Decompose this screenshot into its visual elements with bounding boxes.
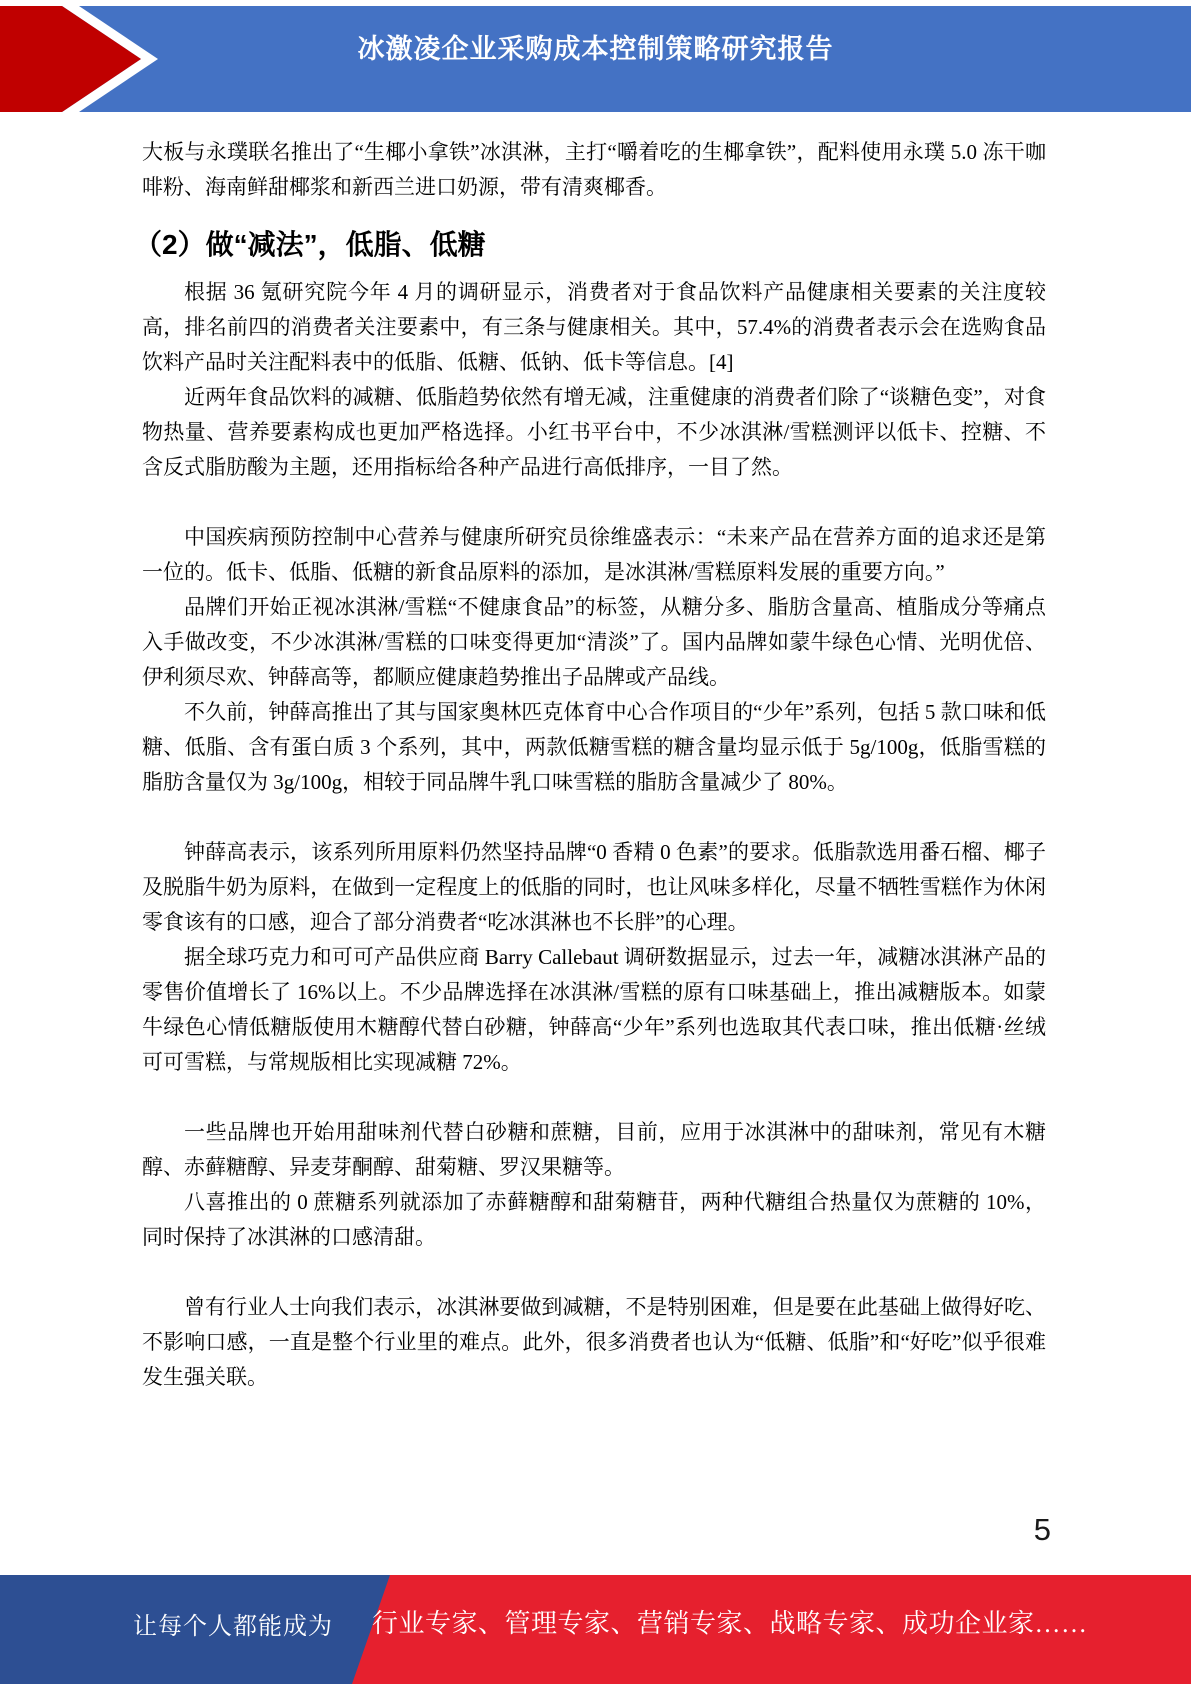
section-heading: （2）做“减法”，低脂、低糖 [134,225,1046,265]
paragraph: 中国疾病预防控制中心营养与健康所研究员徐维盛表示：“未来产品在营养方面的追求还是… [142,520,1046,590]
document-body: 大板与永璞联名推出了“生椰小拿铁”冰淇淋，主打“嚼着吃的生椰拿铁”，配料使用永璞… [142,135,1046,1395]
paragraph: 曾有行业人士向我们表示，冰淇淋要做到减糖，不是特别困难，但是要在此基础上做得好吃… [142,1290,1046,1395]
paragraph: 根据 36 氪研究院今年 4 月的调研显示，消费者对于食品饮料产品健康相关要素的… [142,275,1046,380]
paragraph: 钟薛高表示，该系列所用原料仍然坚持品牌“0 香精 0 色素”的要求。低脂款选用番… [142,835,1046,940]
paragraph: 近两年食品饮料的减糖、低脂趋势依然有增无减，注重健康的消费者们除了“谈糖色变”，… [142,380,1046,485]
footer-slogan-left: 让每个人都能成为 [133,1606,333,1641]
paragraph: 一些品牌也开始用甜味剂代替白砂糖和蔗糖，目前，应用于冰淇淋中的甜味剂，常见有木糖… [142,1115,1046,1185]
paragraph: 八喜推出的 0 蔗糖系列就添加了赤藓糖醇和甜菊糖苷，两种代糖组合热量仅为蔗糖的 … [142,1185,1046,1255]
paragraph: 大板与永璞联名推出了“生椰小拿铁”冰淇淋，主打“嚼着吃的生椰拿铁”，配料使用永璞… [142,135,1046,205]
page-number: 5 [1034,1512,1051,1548]
paragraph: 据全球巧克力和可可产品供应商 Barry Callebaut 调研数据显示，过去… [142,940,1046,1080]
footer-slogan-right: 行业专家、管理专家、营销专家、战略专家、成功企业家…… [372,1603,1088,1640]
paragraph: 品牌们开始正视冰淇淋/雪糕“不健康食品”的标签，从糖分多、脂肪含量高、植脂成分等… [142,590,1046,695]
report-title: 冰激凌企业采购成本控制策略研究报告 [0,6,1191,112]
header-banner: 冰激凌企业采购成本控制策略研究报告 [0,6,1191,112]
footer-banner: 让每个人都能成为 行业专家、管理专家、营销专家、战略专家、成功企业家…… [0,1575,1191,1684]
paragraph: 不久前，钟薛高推出了其与国家奥林匹克体育中心合作项目的“少年”系列，包括 5 款… [142,695,1046,800]
